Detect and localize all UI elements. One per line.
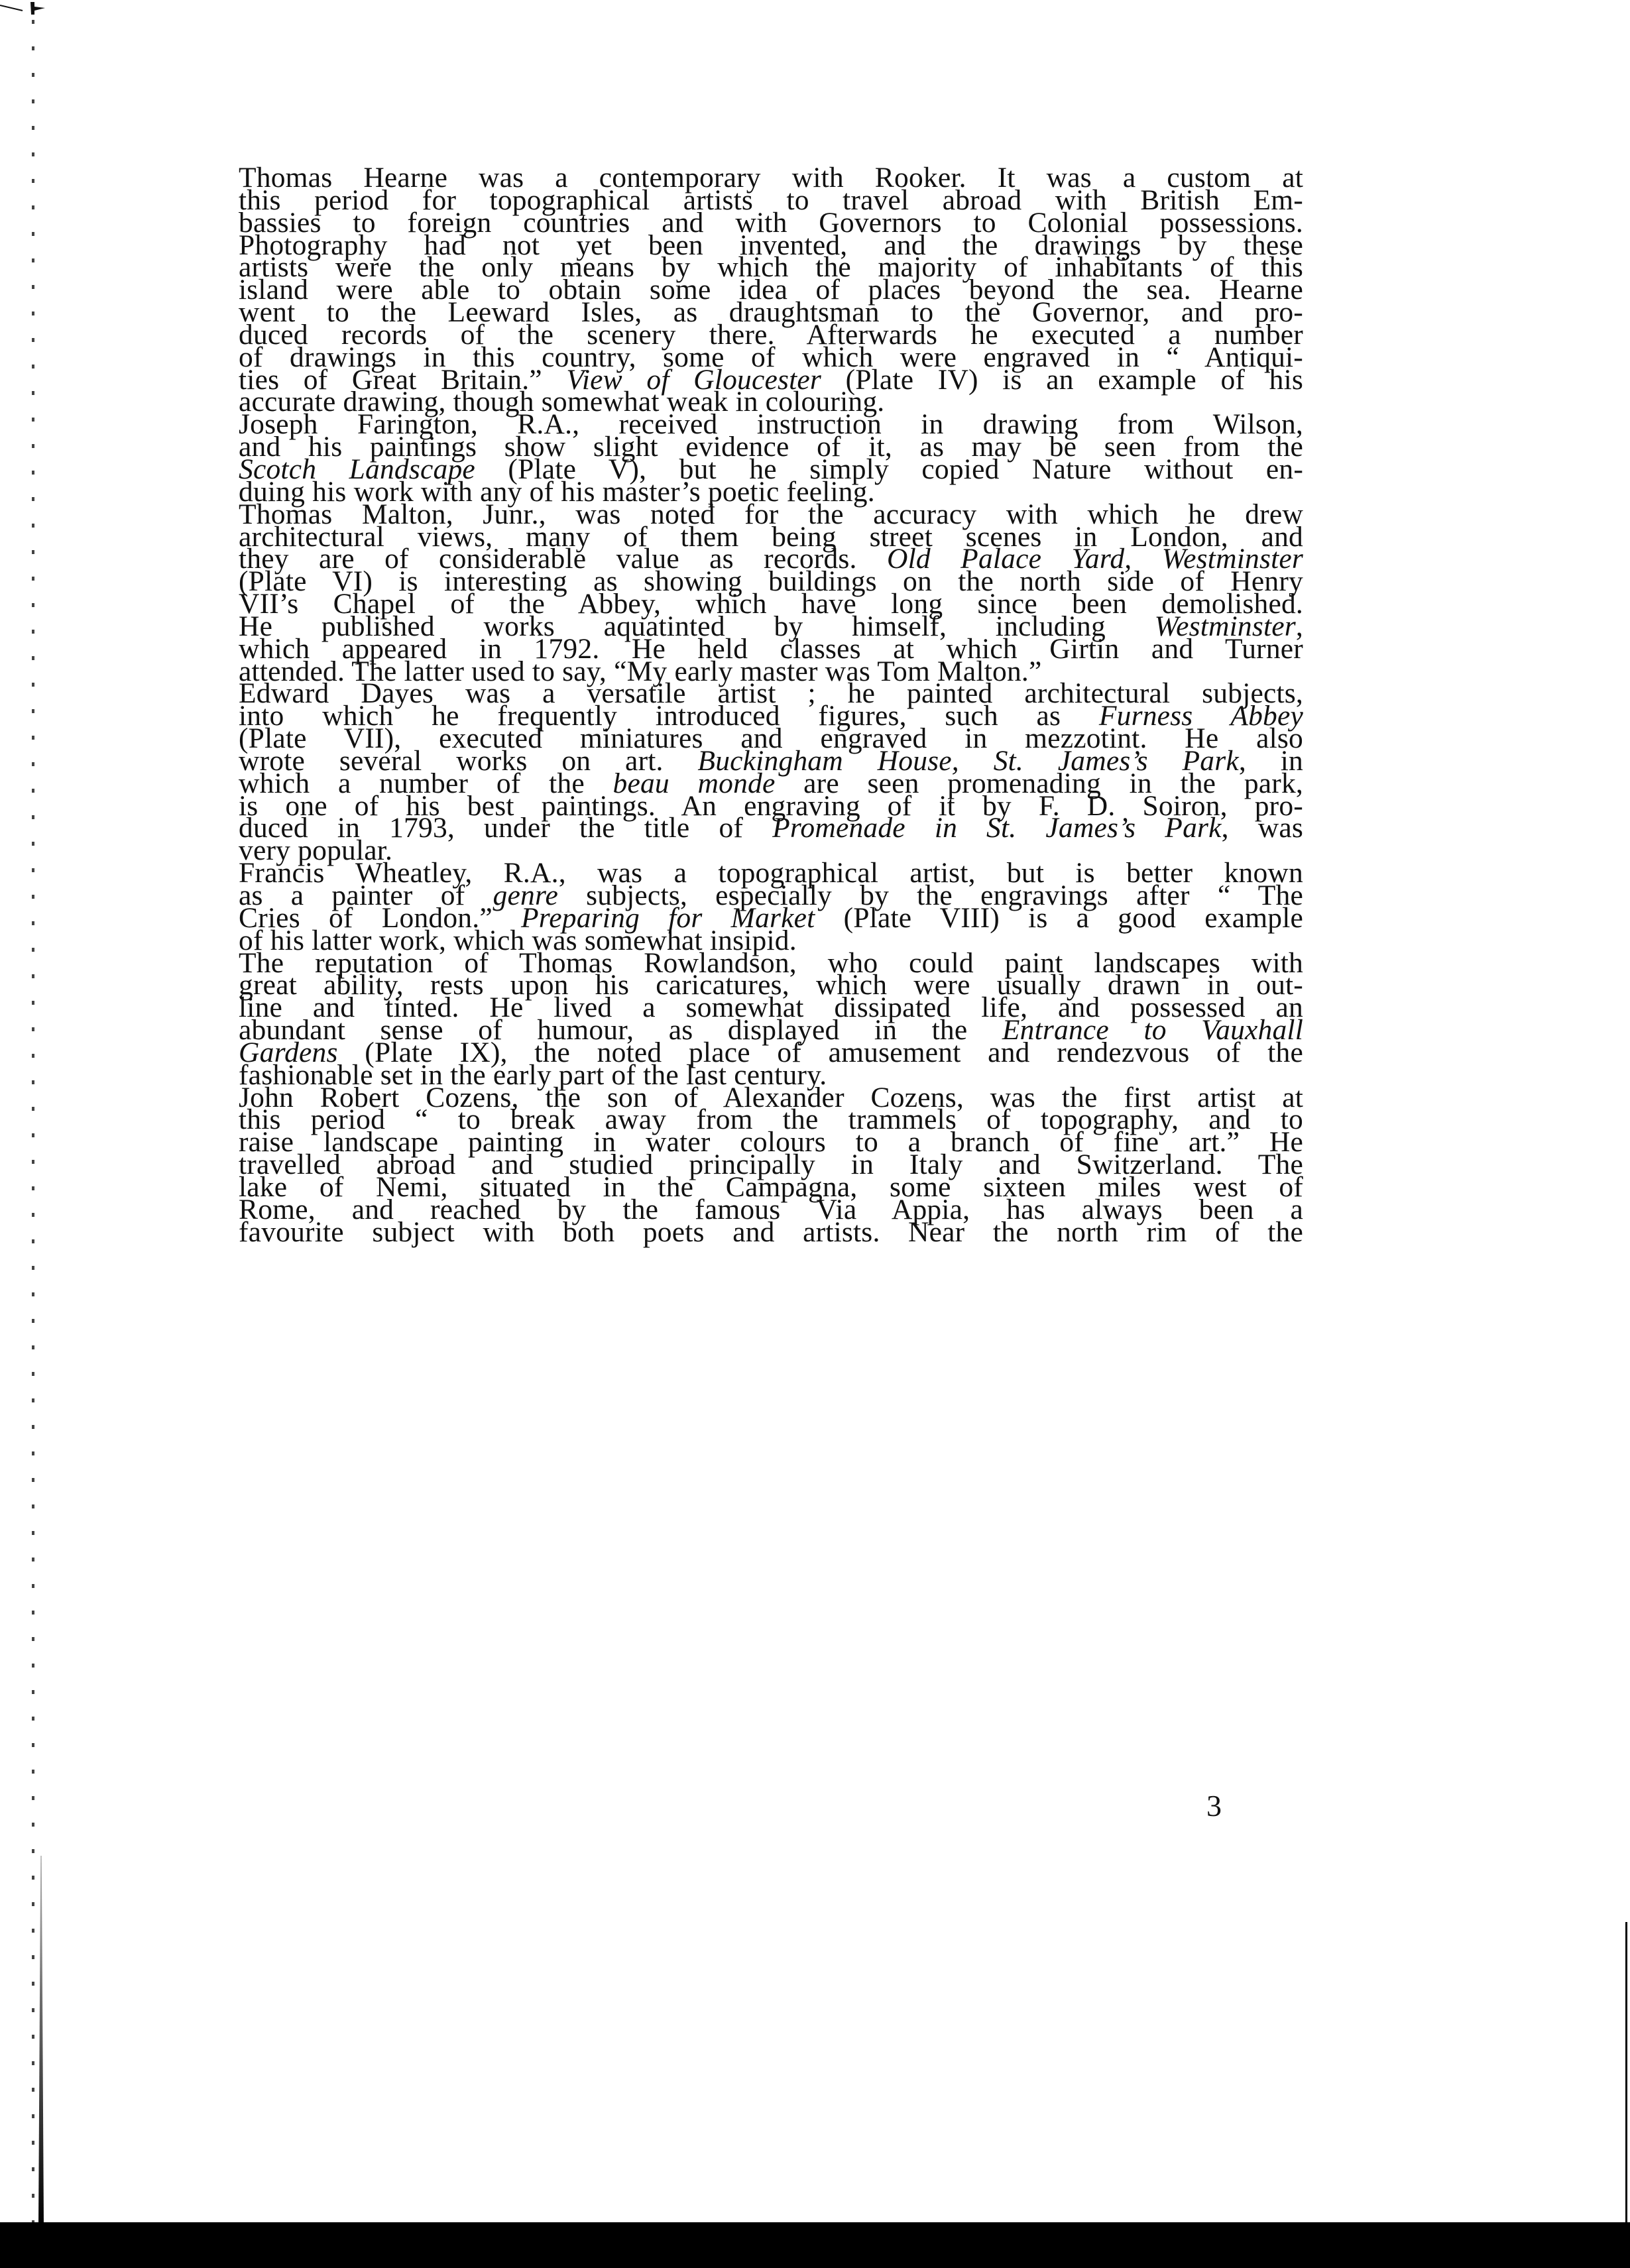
scan-right-edge xyxy=(1625,1922,1627,2224)
italic-title: Promenade in St. James’s Park xyxy=(772,812,1222,844)
scan-binding-edge xyxy=(32,20,34,2227)
scan-binding-shadow xyxy=(38,1856,44,2227)
body-text: Thomas Hearne was a contemporary with Ro… xyxy=(239,167,1303,1244)
text-line: favourite subject with both poets and ar… xyxy=(239,1221,1303,1244)
page-number: 3 xyxy=(1206,1789,1222,1823)
scan-bottom-band xyxy=(0,2222,1630,2268)
scan-corner-mark xyxy=(0,0,46,17)
text-line: duced in 1793, under the title of Promen… xyxy=(239,817,1303,840)
